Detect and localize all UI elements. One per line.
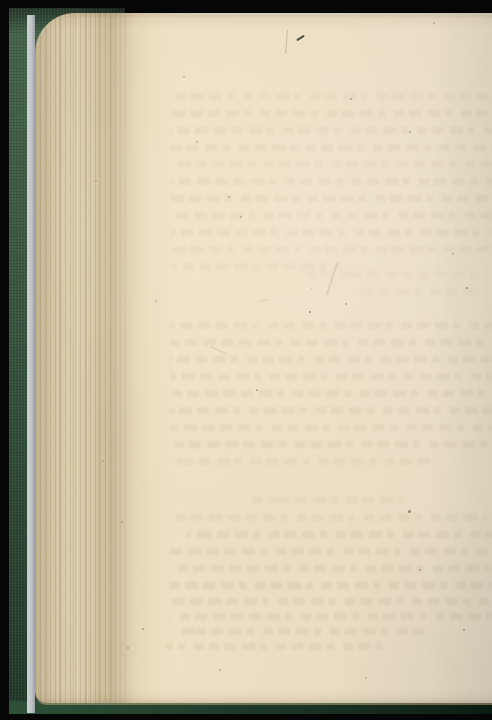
bleed-line (170, 229, 492, 236)
bleed-line (170, 178, 492, 185)
bleed-line (170, 339, 492, 346)
bleed-line (176, 628, 424, 635)
bleed-line (170, 127, 492, 134)
show-through-text-layer (35, 13, 492, 703)
bleed-line (186, 531, 492, 538)
bleed-line (170, 212, 492, 219)
bleed-line (170, 548, 492, 555)
board-edge-strip (27, 15, 35, 713)
bleed-line (170, 407, 492, 414)
bleed-line (170, 582, 492, 589)
bleed-line (243, 497, 405, 504)
bleed-line (170, 565, 492, 572)
book-page (35, 13, 492, 703)
bleed-line (170, 458, 430, 465)
bleed-line (170, 373, 492, 380)
bleed-line (170, 322, 492, 329)
bleed-line (170, 598, 492, 605)
bleed-line (170, 514, 492, 521)
bleed-line (170, 110, 492, 117)
bleed-line (170, 144, 492, 151)
bleed-line (170, 195, 492, 202)
bleed-line (300, 271, 480, 278)
bleed-line (170, 390, 492, 397)
bleed-line (170, 441, 492, 448)
bleed-line (170, 613, 492, 620)
bleed-line (166, 643, 382, 650)
bleed-line (176, 93, 492, 100)
bleed-line (355, 288, 475, 295)
bleed-line (172, 263, 340, 270)
bleed-line (170, 424, 492, 431)
bleed-line (170, 356, 492, 363)
bleed-line (172, 161, 492, 168)
bleed-line (170, 246, 492, 253)
book-scan (0, 0, 492, 720)
